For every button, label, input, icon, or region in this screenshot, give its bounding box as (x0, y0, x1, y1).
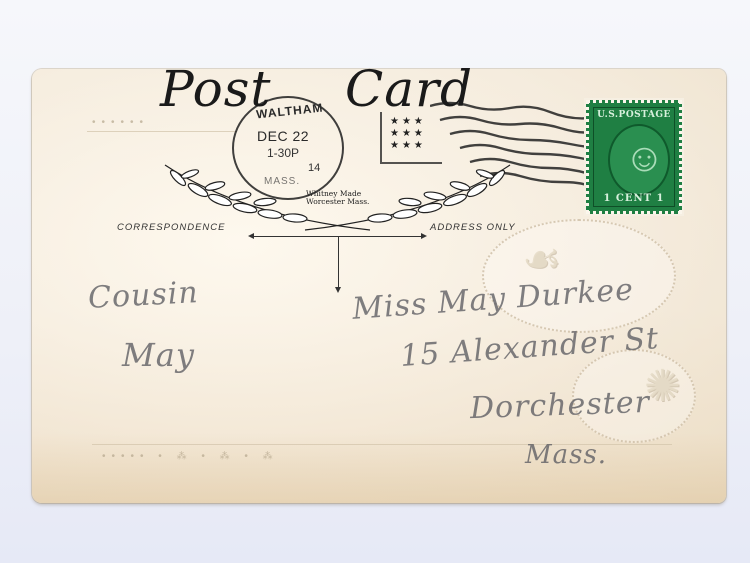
washington-portrait-icon: ☺ (624, 138, 665, 178)
maker-line-2: Worcester Mass. (306, 198, 369, 206)
postmark-date: DEC 22 (257, 128, 309, 144)
heading-post: Post (160, 60, 271, 118)
address-line-4: Mass. (525, 440, 607, 470)
handwritten-signature: May (122, 336, 195, 374)
embossed-border-top (87, 131, 237, 132)
postage-stamp: U.S.POSTAGE ☺ 1 CENT 1 (586, 100, 682, 214)
stamp-denomination: 1 CENT 1 (594, 193, 674, 204)
heading-card: Card (345, 60, 473, 118)
address-line-3: Dorchester (469, 385, 650, 426)
flag-stars-icon: ★★★★★★★★★ (390, 116, 426, 152)
label-correspondence: CORRESPONDENCE (117, 222, 226, 233)
embossed-dots-top: •••••• (92, 117, 149, 128)
stamp-frame: U.S.POSTAGE ☺ 1 CENT 1 (593, 107, 675, 207)
maker-imprint: Whitney Made Worcester Mass. (306, 190, 369, 206)
embossed-dots-bottom: ••••• • ⁂ • ⁂ • ⁂ (102, 451, 279, 462)
postmark-time: 1-30P (267, 146, 299, 160)
divider-arrow-vertical (338, 237, 339, 291)
stamp-portrait-oval: ☺ (608, 124, 670, 196)
stamp-top-text: U.S.POSTAGE (594, 110, 674, 120)
label-address-only: ADDRESS ONLY (430, 222, 516, 233)
handwritten-greeting: Cousin (87, 275, 199, 316)
